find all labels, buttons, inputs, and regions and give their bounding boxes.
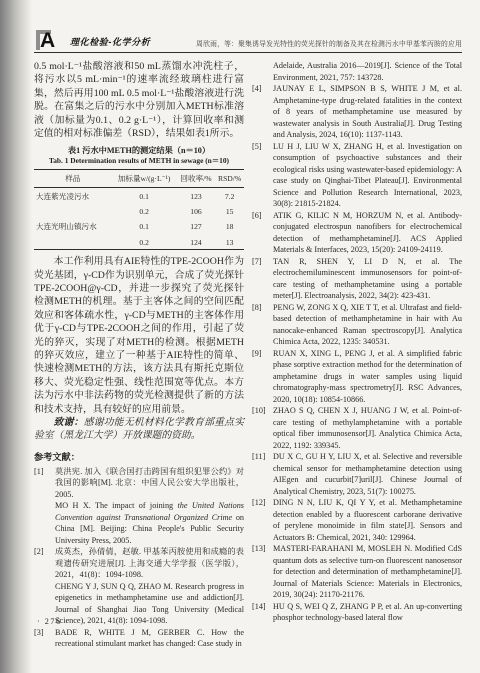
table-caption-zh: 表1 污水中METH的测定结果（n＝10）	[34, 145, 244, 156]
table-block: 表1 污水中METH的测定结果（n＝10） Tab. 1 Determinati…	[34, 145, 244, 250]
acknowledgment-label: 致谢：	[54, 417, 84, 428]
reference-text: Adelaide, Australia 2016—2019[J]. Scienc…	[273, 60, 462, 83]
reference-part: ZHAO S Q, CHEN X J, HUANG J W, et al. Po…	[273, 405, 462, 451]
table-cell: 106	[177, 205, 216, 219]
references-heading: 参考文献：	[34, 449, 244, 463]
table-cell: 大连紫光凌污水	[34, 188, 112, 205]
table-cell	[34, 205, 112, 219]
table-cell: 123	[177, 188, 216, 205]
reference-text: BADE R, WHITE J M, GERBER C. How the rec…	[55, 627, 244, 650]
table-header-cell: 样品	[34, 169, 112, 188]
reference-text: DING N N, LIU K, QI Y Y, et al. Methamph…	[273, 497, 462, 543]
reference-number: [12]	[252, 497, 273, 543]
table-cell: 15	[215, 205, 244, 219]
table-head: 样品 加标量w/(g·L⁻¹) 回收率/% RSD/%	[34, 169, 244, 188]
reference-part: BADE R, WHITE J M, GERBER C. How the rec…	[55, 627, 244, 650]
reference-text: RUAN X, XING L, PENG J, et al. A simplif…	[273, 348, 462, 406]
table-header-row: 样品 加标量w/(g·L⁻¹) 回收率/% RSD/%	[34, 169, 244, 188]
table-cell: 0.1	[112, 219, 177, 235]
table-header-cell: 回收率/%	[177, 169, 216, 188]
table-cell: 0.2	[112, 205, 177, 219]
reference-number: [11]	[252, 451, 273, 497]
reference-part: DU X C, GU H Y, LIU X, et al. Selective …	[273, 451, 462, 497]
reference-item: [11]DU X C, GU H Y, LIU X, et al. Select…	[252, 451, 462, 497]
left-column: 0.5 mol·L⁻¹盐酸溶液和50 mL蒸馏水冲洗柱子，将污水以5 mL·mi…	[34, 60, 244, 669]
reference-text: HU Q S, WEI Q Z, ZHANG P P, et al. An up…	[273, 601, 462, 624]
journal-logo: A	[36, 30, 66, 56]
table-cell	[34, 235, 112, 250]
table-cell: 127	[177, 219, 216, 235]
reference-number: [5]	[252, 141, 273, 210]
reference-number: [8]	[252, 302, 273, 348]
table-cell: 18	[215, 219, 244, 235]
reference-text: 成英杰，孙倩倩，赵敏. 甲基苯丙胺使用和成瘾的表观遗传研究进展[J]. 上海交通…	[55, 546, 244, 627]
reference-number	[252, 60, 273, 83]
reference-part: LU H J, LIU W X, ZHANG H, et al. Investi…	[273, 141, 462, 210]
reference-part: 成英杰，孙倩倩，赵敏. 甲基苯丙胺使用和成瘾的表观遗传研究进展[J]. 上海交通…	[55, 546, 244, 581]
reference-item: [10]ZHAO S Q, CHEN X J, HUANG J W, et al…	[252, 405, 462, 451]
table-cell: 124	[177, 235, 216, 250]
table-header-cell: 加标量w/(g·L⁻¹)	[112, 169, 177, 188]
reference-part: RUAN X, XING L, PENG J, et al. A simplif…	[273, 348, 462, 406]
running-head: 周欣雨，等：聚集诱导发光特性的荧光探针的制备及其在检测污水中甲基苯丙胺的应用	[196, 38, 462, 48]
table-row: 0.212413	[34, 235, 244, 250]
reference-number: [7]	[252, 256, 273, 302]
page-header: A 理化检验-化学分析 周欣雨，等：聚集诱导发光特性的荧光探针的制备及其在检测污…	[34, 31, 462, 53]
reference-text: TAN R, SHEN Y, LI D N, et al. The electr…	[273, 256, 462, 302]
reference-text: ZHAO S Q, CHEN X J, HUANG J W, et al. Po…	[273, 405, 462, 451]
reference-text: MASTERI-FARAHANI M, MOSLEH N. Modified C…	[273, 543, 462, 601]
conclusion-paragraph: 本工作利用具有AIE特性的TPE-2COOH作为荧光基团，γ-CD作为识别单元，…	[34, 255, 244, 416]
reference-number: [1]	[34, 466, 55, 547]
reference-number: [4]	[252, 83, 273, 141]
scanned-paper-page: A 理化检验-化学分析 周欣雨，等：聚集诱导发光特性的荧光探针的制备及其在检测污…	[0, 0, 480, 673]
reference-item: [8]PENG W, ZONG X Q, XIE T T, et al. Ult…	[252, 302, 462, 348]
reference-number: [14]	[252, 601, 273, 624]
reference-item: [3]BADE R, WHITE J M, GERBER C. How the …	[34, 627, 244, 650]
logo-letter: A	[40, 29, 55, 53]
reference-text: PENG W, ZONG X Q, XIE T T, et al. Ultraf…	[273, 302, 462, 348]
reference-item: [7]TAN R, SHEN Y, LI D N, et al. The ele…	[252, 256, 462, 302]
scan-edge-shadow	[0, 0, 32, 673]
reference-text: ATIK G, KILIC N M, HORZUM N, et al. Anti…	[273, 210, 462, 256]
paragraph-continuation: 0.5 mol·L⁻¹盐酸溶液和50 mL蒸馏水冲洗柱子，将污水以5 mL·mi…	[34, 60, 244, 140]
acknowledgment: 致谢：感谢功能无机材料化学教育部重点实验室（黑龙江大学）开放课题的资助。	[34, 416, 244, 443]
reference-part: DING N N, LIU K, QI Y Y, et al. Methamph…	[273, 497, 462, 543]
reference-number: [13]	[252, 543, 273, 601]
reference-number: [3]	[34, 627, 55, 650]
reference-part: Adelaide, Australia 2016—2019[J]. Scienc…	[273, 60, 462, 83]
reference-text: JAUNAY E L, SIMPSON B S, WHITE J M, et a…	[273, 83, 462, 141]
table-header-cell: RSD/%	[215, 169, 244, 188]
table-cell: 大连光明山镇污水	[34, 219, 112, 235]
reference-part: PENG W, ZONG X Q, XIE T T, et al. Ultraf…	[273, 302, 462, 348]
reference-item: [6]ATIK G, KILIC N M, HORZUM N, et al. A…	[252, 210, 462, 256]
reference-item: [1]莫洪宪. 加入《联合国打击跨国有组织犯罪公约》对我国的影响[M]. 北京：…	[34, 466, 244, 547]
reference-number: [9]	[252, 348, 273, 406]
reference-item: [13]MASTERI-FARAHANI M, MOSLEH N. Modifi…	[252, 543, 462, 601]
reference-part: CHENG Y J, SUN Q Q, ZHAO M. Research pro…	[55, 581, 244, 627]
reference-item: [14]HU Q S, WEI Q Z, ZHANG P P, et al. A…	[252, 601, 462, 624]
journal-name: 理化检验-化学分析	[70, 35, 150, 48]
reference-item: [9]RUAN X, XING L, PENG J, et al. A simp…	[252, 348, 462, 406]
reference-item: [5]LU H J, LIU W X, ZHANG H, et al. Inve…	[252, 141, 462, 210]
reference-item: [4]JAUNAY E L, SIMPSON B S, WHITE J M, e…	[252, 83, 462, 141]
table-row: 0.210615	[34, 205, 244, 219]
reference-item: [12]DING N N, LIU K, QI Y Y, et al. Meth…	[252, 497, 462, 543]
references-list-right: Adelaide, Australia 2016—2019[J]. Scienc…	[252, 60, 462, 624]
table-row: 大连光明山镇污水0.112718	[34, 219, 244, 235]
page-number: · 276 ·	[37, 617, 69, 626]
reference-item: [2]成英杰，孙倩倩，赵敏. 甲基苯丙胺使用和成瘾的表观遗传研究进展[J]. 上…	[34, 546, 244, 627]
determination-table: 样品 加标量w/(g·L⁻¹) 回收率/% RSD/% 大连紫光凌污水0.112…	[34, 169, 244, 250]
reference-part: JAUNAY E L, SIMPSON B S, WHITE J M, et a…	[273, 83, 462, 141]
reference-part: 莫洪宪. 加入《联合国打击跨国有组织犯罪公约》对我国的影响[M]. 北京：中国人…	[55, 466, 244, 501]
table-cell: 0.1	[112, 188, 177, 205]
reference-text: LU H J, LIU W X, ZHANG H, et al. Investi…	[273, 141, 462, 210]
reference-part: MO H X. The impact of joining the United…	[55, 500, 244, 546]
table-cell: 7.2	[215, 188, 244, 205]
reference-number: [10]	[252, 405, 273, 451]
reference-part: TAN R, SHEN Y, LI D N, et al. The electr…	[273, 256, 462, 302]
table-row: 大连紫光凌污水0.11237.2	[34, 188, 244, 205]
reference-number: [2]	[34, 546, 55, 627]
reference-number: [6]	[252, 210, 273, 256]
table-cell: 13	[215, 235, 244, 250]
reference-part: ATIK G, KILIC N M, HORZUM N, et al. Anti…	[273, 210, 462, 256]
reference-part: HU Q S, WEI Q Z, ZHANG P P, et al. An up…	[273, 601, 462, 624]
table-body: 大连紫光凌污水0.11237.20.210615大连光明山镇污水0.112718…	[34, 188, 244, 250]
two-column-body: 0.5 mol·L⁻¹盐酸溶液和50 mL蒸馏水冲洗柱子，将污水以5 mL·mi…	[34, 60, 462, 669]
table-cell: 0.2	[112, 235, 177, 250]
right-column: Adelaide, Australia 2016—2019[J]. Scienc…	[252, 60, 462, 669]
reference-item: Adelaide, Australia 2016—2019[J]. Scienc…	[252, 60, 462, 83]
table-caption-en: Tab. 1 Determination results of METH in …	[34, 156, 244, 167]
reference-text: 莫洪宪. 加入《联合国打击跨国有组织犯罪公约》对我国的影响[M]. 北京：中国人…	[55, 466, 244, 547]
reference-part: MASTERI-FARAHANI M, MOSLEH N. Modified C…	[273, 543, 462, 601]
reference-text: DU X C, GU H Y, LIU X, et al. Selective …	[273, 451, 462, 497]
